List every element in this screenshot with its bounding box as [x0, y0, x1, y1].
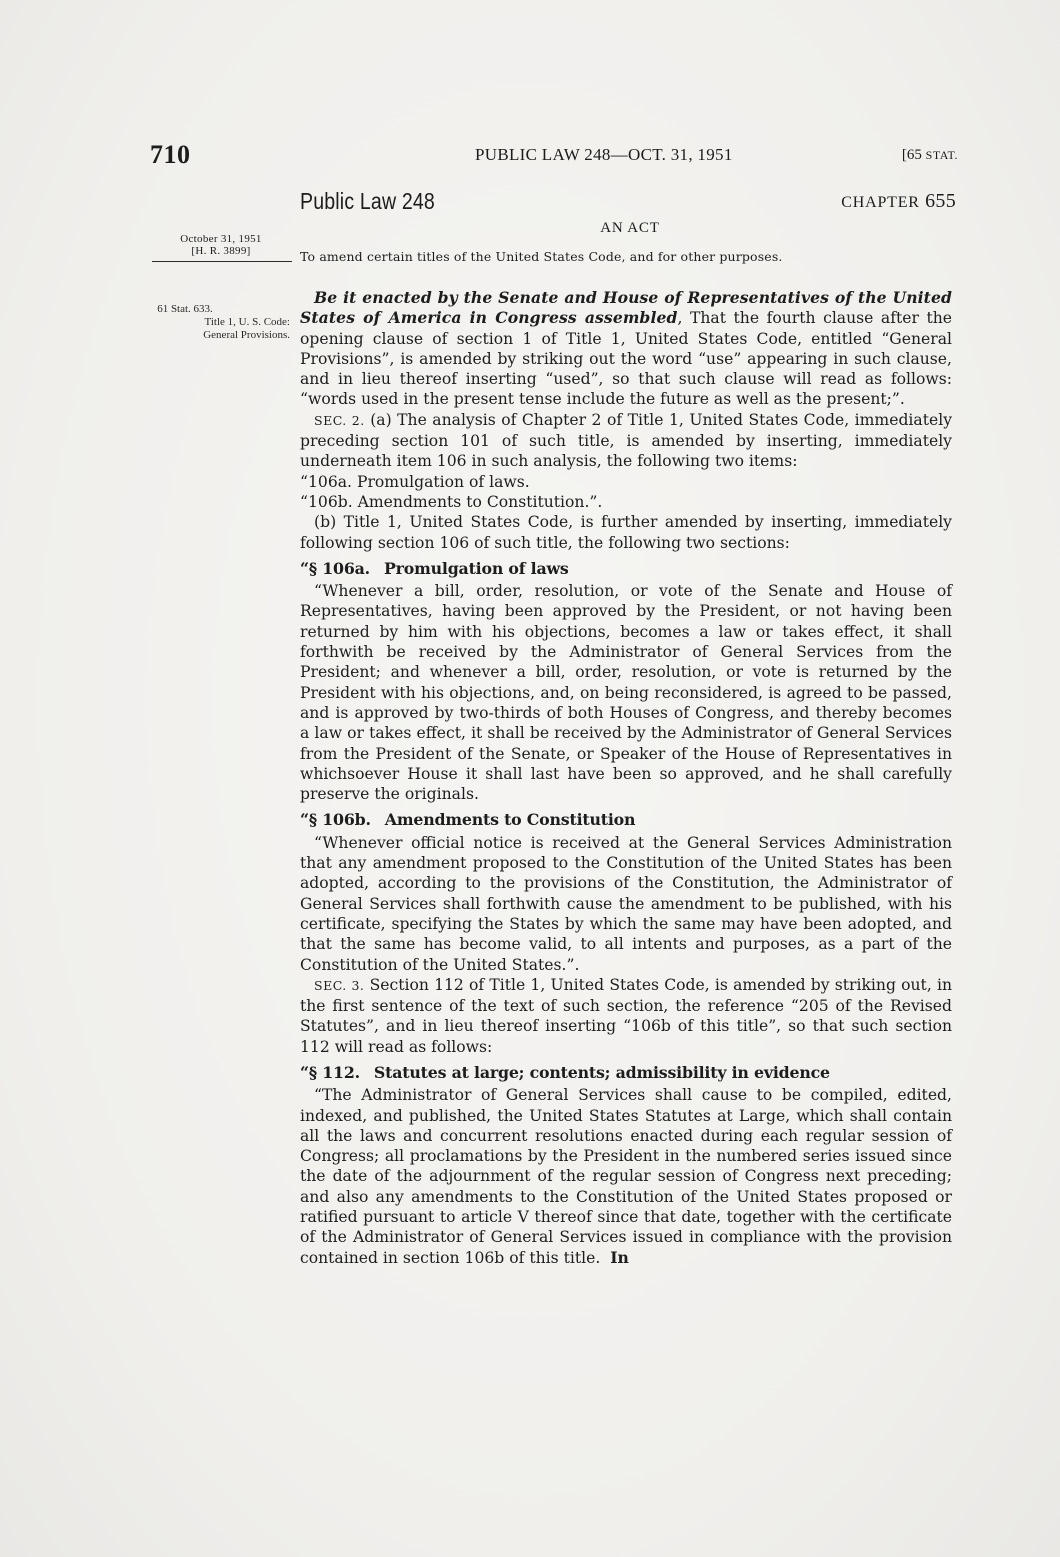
section-112-number: “§ 112.	[300, 1063, 360, 1082]
side-note-line: General Provisions.	[140, 329, 290, 342]
sec-2-label: SEC. 2.	[314, 413, 365, 428]
side-note-line: 61 Stat. 633.	[140, 303, 290, 316]
section-112-continuation: In	[610, 1248, 629, 1267]
statute-page: 710 PUBLIC LAW 248—OCT. 31, 1951 [65 STA…	[0, 0, 1060, 1557]
section-1-paragraph: Be it enacted by the Senate and House of…	[300, 288, 952, 410]
statute-body: Be it enacted by the Senate and House of…	[300, 288, 952, 1268]
section-2a-paragraph: SEC. 2. (a) The analysis of Chapter 2 of…	[300, 410, 952, 472]
section-106a-heading: “§ 106a.Promulgation of laws	[300, 559, 952, 579]
running-head: 710 PUBLIC LAW 248—OCT. 31, 1951 [65 STA…	[150, 140, 960, 170]
section-112-heading: “§ 112.Statutes at large; contents; admi…	[300, 1063, 952, 1083]
chapter-label: CHAPTER 655	[841, 190, 956, 213]
section-3-paragraph: SEC. 3. Section 112 of Title 1, United S…	[300, 975, 952, 1057]
volume-reference: [65 STAT.	[902, 147, 958, 164]
law-name: Public Law 248	[300, 188, 435, 215]
section-106b-title: Amendments to Constitution	[385, 810, 636, 829]
sec-2a-text: (a) The analysis of Chapter 2 of Title 1…	[300, 411, 952, 471]
section-106b-text: “Whenever official notice is received at…	[300, 833, 952, 975]
section-112-text: “The Administrator of General Services s…	[300, 1085, 952, 1268]
an-act-label: AN ACT	[300, 220, 960, 237]
chapter-word: CHAPTER	[841, 194, 920, 211]
section-112-title: Statutes at large; contents; admissibili…	[374, 1063, 830, 1082]
running-title: PUBLIC LAW 248—OCT. 31, 1951	[475, 145, 733, 165]
date-block: October 31, 1951 [H. R. 3899]	[150, 233, 292, 257]
page-number: 710	[150, 140, 191, 170]
chapter-number: 655	[925, 190, 956, 212]
section-106a-number: “§ 106a.	[300, 559, 370, 578]
date-rule-divider	[152, 261, 292, 262]
section-106a-text: “Whenever a bill, order, resolution, or …	[300, 581, 952, 804]
section-112-body: “The Administrator of General Services s…	[300, 1086, 952, 1266]
volume-prefix: [65	[902, 147, 926, 163]
volume-stat-label: STAT.	[926, 148, 958, 162]
section-106b-heading: “§ 106b.Amendments to Constitution	[300, 810, 952, 830]
analysis-item: “106b. Amendments to Constitution.”.	[300, 492, 952, 512]
sec-3-label: SEC. 3.	[314, 978, 364, 993]
bill-number: [H. R. 3899]	[150, 245, 292, 257]
side-note: 61 Stat. 633. Title 1, U. S. Code: Gener…	[140, 303, 290, 342]
enactment-date: October 31, 1951	[150, 233, 292, 245]
law-heading: Public Law 248 CHAPTER 655	[300, 188, 960, 218]
sec-3-text: Section 112 of Title 1, United States Co…	[300, 976, 952, 1056]
section-106a-title: Promulgation of laws	[384, 559, 569, 578]
act-purpose: To amend certain titles of the United St…	[300, 249, 962, 264]
section-2b-paragraph: (b) Title 1, United States Code, is furt…	[300, 512, 952, 553]
side-note-line: Title 1, U. S. Code:	[140, 316, 290, 329]
section-106b-number: “§ 106b.	[300, 810, 371, 829]
analysis-item: “106a. Promulgation of laws.	[300, 472, 952, 492]
